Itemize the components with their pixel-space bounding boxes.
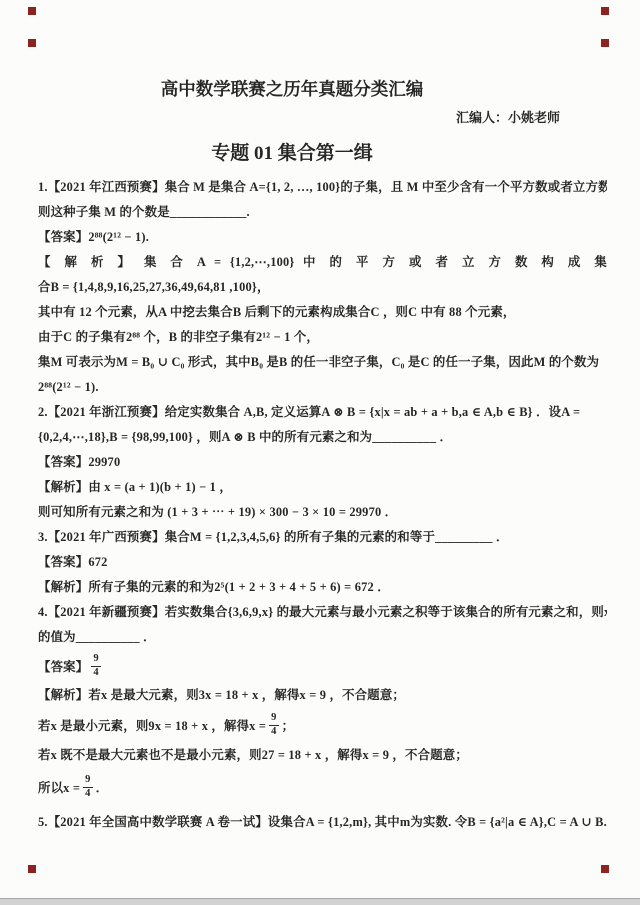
solution-text: 若x 是最小元素，则9x = 18 + x ，解得x = bbox=[38, 716, 266, 734]
problem-1-solution-line-2: 合B = {1,4,8,9,16,25,27,36,49,64,81 ,100}… bbox=[38, 275, 607, 300]
fraction-nine-fourths: 9 4 bbox=[91, 654, 100, 679]
corner-mark-icon bbox=[28, 865, 36, 873]
problem-2-answer: 【答案】29970 bbox=[38, 450, 607, 475]
corner-mark-icon bbox=[601, 865, 609, 873]
fraction-nine-fourths: 9 4 bbox=[269, 713, 278, 738]
document-page: 高中数学联赛之历年真题分类汇编 汇编人：小姚老师 专题 01 集合第一缉 1.【… bbox=[0, 0, 640, 905]
problem-1-solution-line-5: 集M 可表示为M = B₀ ∪ C₀ 形式，其中B₀ 是B 的任一非空子集，C₀… bbox=[38, 350, 607, 375]
problem-4-solution-line-3: 若x 既不是最大元素也不是最小元素，则27 = 18 + x ，解得x = 9 … bbox=[38, 742, 607, 769]
problem-2-question-line-1: 2.【2021 年浙江预赛】给定实数集合 A,B, 定义运算A ⊗ B = {x… bbox=[38, 400, 607, 425]
problem-1-question-line-1: 1.【2021 年江西预赛】集合 M 是集合 A={1, 2, …, 100}的… bbox=[38, 175, 607, 200]
problem-2-question-line-2: {0,2,4,⋯,18},B = {98,99,100} ，则A ⊗ B 中的所… bbox=[38, 425, 607, 450]
problem-4-question-line-2: 的值为__________ ． bbox=[38, 625, 607, 650]
problem-2-solution-line-1: 【解析】由 x = (a + 1)(b + 1) − 1 ， bbox=[38, 475, 607, 500]
problem-4-answer: 【答案】 9 4 bbox=[38, 650, 607, 682]
corner-mark-icon bbox=[28, 39, 36, 47]
corner-mark-icon bbox=[28, 7, 36, 15]
problem-1-solution-line-3: 其中有 12 个元素，从A 中挖去集合B 后剩下的元素构成集合C ，则C 中有 … bbox=[38, 300, 607, 325]
problem-1-answer: 【答案】2⁸⁸(2¹² − 1). bbox=[38, 225, 607, 250]
problem-4-question-line-1: 4.【2021 年新疆预赛】若实数集合{3,6,9,x} 的最大元素与最小元素之… bbox=[38, 600, 607, 625]
answer-label: 【答案】 bbox=[38, 657, 88, 675]
problem-2-solution-line-2: 则可知所有元素之和为 (1 + 3 + ⋯ + 19) × 300 − 3 × … bbox=[38, 500, 607, 525]
problem-1-solution-line-4: 由于C 的子集有2⁸⁸ 个，B 的非空子集有2¹² − 1 个， bbox=[38, 325, 607, 350]
document-body: 1.【2021 年江西预赛】集合 M 是集合 A={1, 2, …, 100}的… bbox=[38, 175, 607, 835]
problem-3-solution: 【解析】所有子集的元素的和为2⁵(1 + 2 + 3 + 4 + 5 + 6) … bbox=[38, 575, 607, 600]
compiler-byline: 汇编人：小姚老师 bbox=[38, 108, 607, 128]
problem-1-solution-line-6: 2⁸⁸(2¹² − 1). bbox=[38, 375, 607, 400]
corner-mark-icon bbox=[601, 7, 609, 15]
problem-5-question: 5.【2021 年全国高中数学联赛 A 卷一试】设集合A = {1,2,m}, … bbox=[38, 810, 607, 835]
problem-3-question: 3.【2021 年广西预赛】集合M = {1,2,3,4,5,6} 的所有子集的… bbox=[38, 525, 607, 550]
solution-text: ． bbox=[96, 778, 109, 796]
page-bottom-edge bbox=[0, 898, 640, 905]
problem-4-solution-line-2: 若x 是最小元素，则9x = 18 + x ，解得x = 9 4 ； bbox=[38, 708, 607, 742]
problem-4-solution-line-4: 所以x = 9 4 ． bbox=[38, 769, 607, 805]
problem-1-question-line-2: 则这种子集 M 的个数是____________. bbox=[38, 200, 607, 225]
problem-1-solution-line-1: 【 解 析 】 集 合 A = {1,2,⋯,100} 中 的 平 方 或 者 … bbox=[38, 250, 607, 275]
corner-mark-icon bbox=[601, 39, 609, 47]
fraction-nine-fourths: 9 4 bbox=[83, 775, 92, 800]
document-title: 高中数学联赛之历年真题分类汇编 bbox=[38, 76, 546, 102]
section-heading: 专题 01 集合第一缉 bbox=[38, 141, 546, 167]
problem-4-solution-line-1: 【解析】若x 是最大元素，则3x = 18 + x ，解得x = 9 ，不合题意… bbox=[38, 682, 607, 708]
problem-3-answer: 【答案】672 bbox=[38, 550, 607, 575]
solution-text: ； bbox=[282, 716, 295, 734]
solution-text: 所以x = bbox=[38, 778, 80, 796]
